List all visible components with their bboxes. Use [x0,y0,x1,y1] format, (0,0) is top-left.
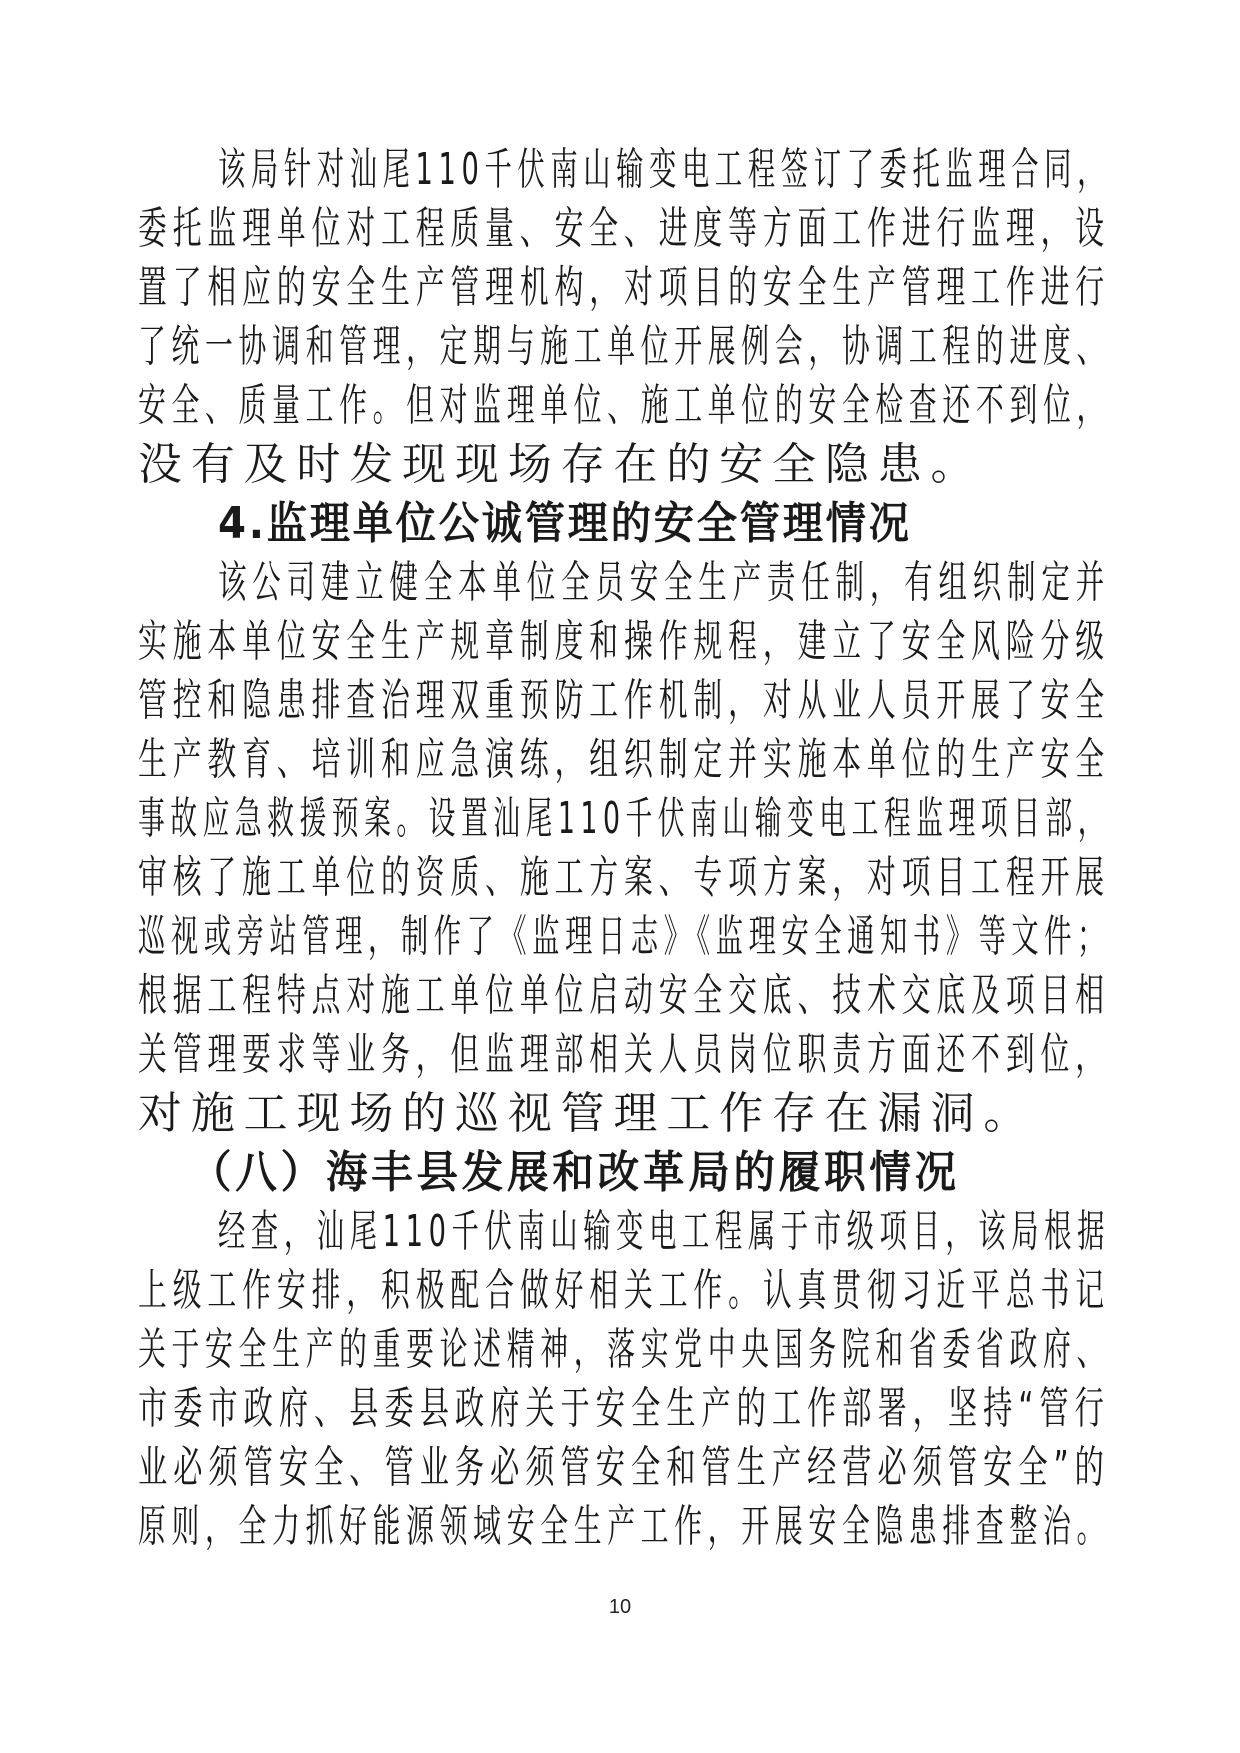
section-heading: （八）海丰县发展和改革局的履职情况 [190,1143,1110,1203]
paragraph-line: 巡视或旁站管理，制作了《监理日志》《监理安全通知书》等文件； [138,907,742,967]
section-heading: 4.监理单位公诚管理的安全管理情况 [218,494,1110,554]
paragraph-line: 委托监理单位对工程质量、安全、进度等方面工作进行监理，设 [138,199,777,259]
paragraph-line: 该局针对汕尾110千伏南山输变电工程签订了委托监理合同， [218,140,824,200]
paragraph-line: 实施本单位安全生产规章制度和操作规程，建立了安全风险分级 [138,612,777,672]
paragraph-line: 生产教育、培训和应急演练，组织制定并实施本单位的生产安全 [138,730,777,790]
paragraph-line: 业必须管安全、管业务必须管安全和管生产经营必须管安全”的 [138,1438,786,1498]
paragraph-line: 没有及时发现现场存在的安全隐患。 [138,435,1110,495]
paragraph-line: 了统一协调和管理，定期与施工单位开展例会，协调工程的进度、 [138,317,755,377]
paragraph-line: 根据工程特点对施工单位单位启动安全交底、技术交底及项目相 [138,966,777,1026]
page-number: 10 [0,1596,1240,1619]
paragraph-line: 审核了施工单位的资质、施工方案、专项方案，对项目工程开展 [138,848,777,908]
paragraph-line: 经查，汕尾110千伏南山输变电工程属于市级项目，该局根据 [218,1202,824,1262]
paragraph-line: 对施工现场的巡视管理工作存在漏洞。 [138,1084,1110,1144]
paragraph-line: 安全、质量工作。但对监理单位、施工单位的安全检查还不到位， [138,376,755,436]
paragraph-line: 原则，全力抓好能源领域安全生产工作，开展安全隐患排查整治。 [138,1497,755,1557]
paragraph-line: 市委市政府、县委县政府关于安全生产的工作部署，坚持“管行 [138,1379,786,1439]
paragraph-line: 关管理要求等业务，但监理部相关人员岗位职责方面还不到位， [138,1025,777,1085]
paragraph-line: 事故应急救援预案。设置汕尾110千伏南山输变电工程监理项目部， [138,789,732,849]
paragraph-line: 上级工作安排，积极配合做好相关工作。认真贯彻习近平总书记 [138,1261,777,1321]
paragraph-line: 置了相应的安全生产管理机构，对项目的安全生产管理工作进行 [138,258,777,318]
document-page: 该局针对汕尾110千伏南山输变电工程签订了委托监理合同， 委托监理单位对工程质量… [0,0,1240,1753]
paragraph-line: 管控和隐患排查治理双重预防工作机制，对从业人员开展了安全 [138,671,777,731]
paragraph-line: 关于安全生产的重要论述精神，落实党中央国务院和省委省政府、 [138,1320,755,1380]
paragraph-line: 该公司建立健全本单位全员安全生产责任制，有组织制定并 [218,553,849,613]
